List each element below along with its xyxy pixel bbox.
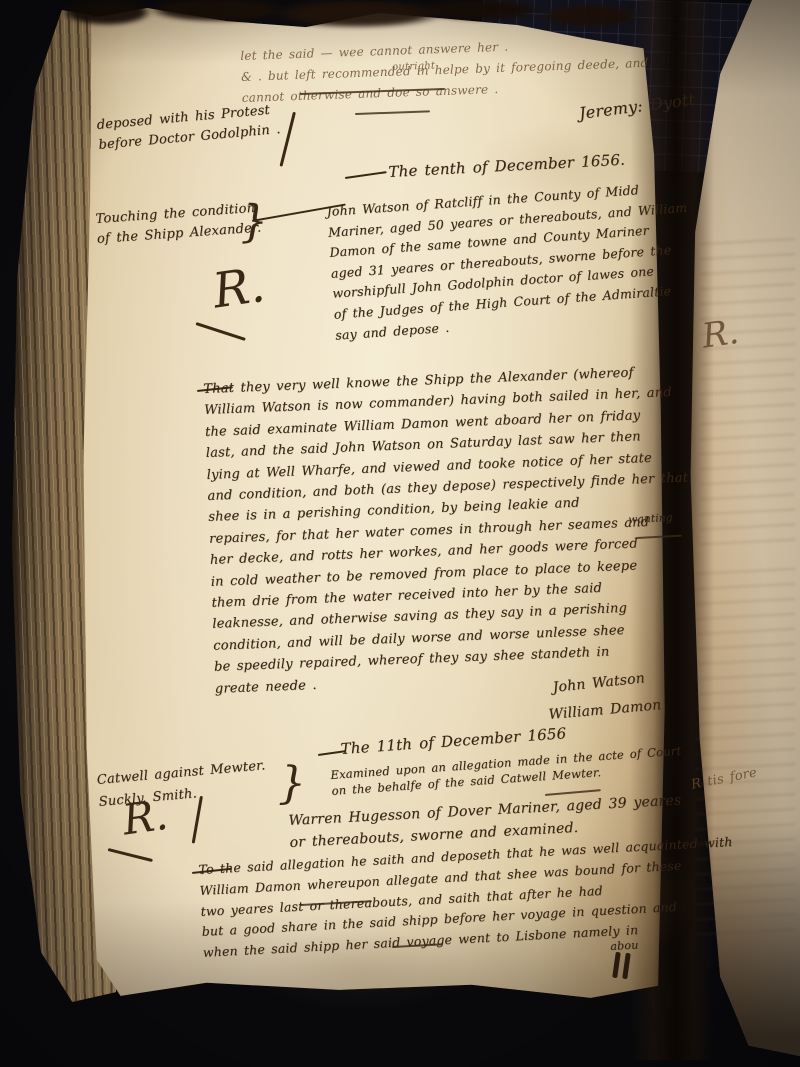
deponent-signature: William Damon bbox=[548, 697, 662, 723]
margin-bracket: } bbox=[278, 762, 306, 806]
entry1-date-heading: The tenth of December 1656. bbox=[388, 151, 625, 181]
handwriting-layer: let the said — wee cannot answere her .&… bbox=[0, 0, 800, 1067]
pen-flourish bbox=[108, 848, 153, 862]
pen-flourish bbox=[196, 322, 246, 340]
entry1-deposition-body: That they very well knowe the Shipp the … bbox=[203, 360, 720, 700]
pen-mark bbox=[612, 952, 621, 978]
inserted-word: outright bbox=[392, 61, 435, 73]
margin-bracket: } bbox=[239, 200, 269, 245]
photo-scene: let the said — wee cannot answere her .&… bbox=[0, 0, 800, 1067]
paraph-mark: R. bbox=[120, 794, 170, 842]
catchword: abou bbox=[610, 939, 639, 953]
pen-flourish bbox=[345, 171, 387, 179]
entry2-deposition-body: To the said allegation he saith and depo… bbox=[198, 833, 718, 964]
paraph-mark: R. bbox=[210, 261, 268, 316]
right-page-paraph: R. bbox=[700, 315, 741, 354]
entry1-deponents-intro: John Watson of Ratcliff in the County of… bbox=[326, 176, 705, 346]
faded-draft-notes: let the said — wee cannot answere her .&… bbox=[240, 31, 682, 109]
margin-note-deposed: deposed with his Protestbefore Doctor Go… bbox=[96, 100, 281, 156]
entry1-margin-note: Touching the conditionof the Shipp Alexa… bbox=[95, 199, 262, 250]
pen-mark bbox=[622, 953, 631, 979]
right-page-note: R tis fore bbox=[690, 765, 758, 792]
pen-slash bbox=[279, 112, 295, 167]
inserted-word: wanting bbox=[628, 512, 673, 526]
strike-mark bbox=[355, 110, 430, 115]
